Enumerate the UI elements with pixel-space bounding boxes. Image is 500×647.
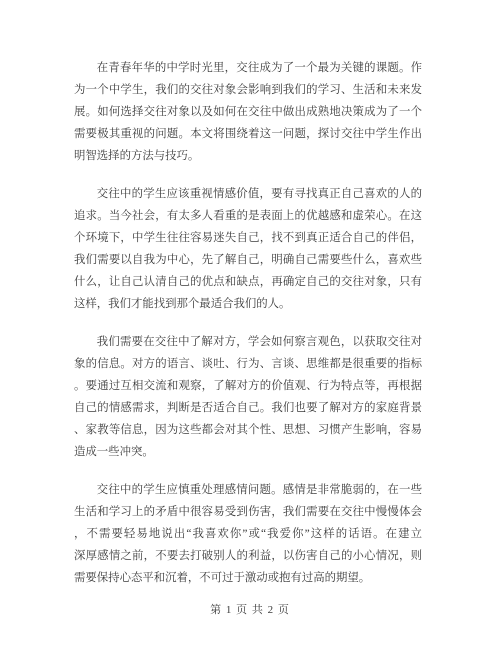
text-line: 我们需要在交往中了解对方，学会如何察言观色，以获取交往对: [74, 331, 422, 353]
text-line: 自己的情感需求，判断是否适合自己。我们也要了解对方的家庭背景: [74, 397, 422, 419]
text-line: 什么，让自己认清自己的优点和缺点，再确定自己的交往对象，只有: [74, 271, 422, 293]
page-number-text: 第 1 页 共 2 页: [210, 604, 290, 616]
text-line: ，不需要轻易地说出“我喜欢你”或“我爱你”这样的话语。在建立: [74, 523, 422, 545]
text-line: 追求。当今社会，有太多人看重的是表面上的优越感和虚荣心。在这: [74, 205, 422, 227]
paragraph: 交往中的学生应慎重处理感情问题。感情是非常脆弱的，在一些生活和学习上的矛盾中很容…: [74, 479, 422, 589]
text-line: 明智选择的方法与技巧。: [74, 145, 422, 167]
paragraph: 我们需要在交往中了解对方，学会如何察言观色，以获取交往对象的信息。对方的语言、谈…: [74, 331, 422, 463]
text-line: 深厚感情之前，不要去打破别人的利益，以伤害自己的小心情况，则: [74, 545, 422, 567]
text-line: 生活和学习上的矛盾中很容易受到伤害，我们需要在交往中慢慢体会: [74, 501, 422, 523]
text-line: 这样，我们才能找到那个最适合我们的人。: [74, 293, 422, 315]
text-line: 交往中的学生应慎重处理感情问题。感情是非常脆弱的，在一些: [74, 479, 422, 501]
text-line: 需要保持心态平和沉着，不可过于激动或抱有过高的期望。: [74, 567, 422, 589]
text-line: 象的信息。对方的语言、谈吐、行为、言谈、思维都是很重要的指标: [74, 353, 422, 375]
text-line: 需要极其重视的问题。本文将围绕着这一问题，探讨交往中学生作出: [74, 123, 422, 145]
text-line: 为一个中学生，我们的交往对象会影响到我们的学习、生活和未来发: [74, 79, 422, 101]
text-line: 展。如何选择交往对象以及如何在交往中做出成熟地决策成为了一个: [74, 101, 422, 123]
page-number-footer: 第 1 页 共 2 页: [0, 599, 500, 621]
text-line: 造成一些冲突。: [74, 441, 422, 463]
document-page: 在青春年华的中学时光里，交往成为了一个最为关键的课题。作为一个中学生，我们的交往…: [0, 0, 500, 647]
text-line: 我们需要以自我为中心，先了解自己，明确自己需要些什么，喜欢些: [74, 249, 422, 271]
document-body: 在青春年华的中学时光里，交往成为了一个最为关键的课题。作为一个中学生，我们的交往…: [74, 57, 422, 589]
paragraph: 在青春年华的中学时光里，交往成为了一个最为关键的课题。作为一个中学生，我们的交往…: [74, 57, 422, 167]
text-line: 在青春年华的中学时光里，交往成为了一个最为关键的课题。作: [74, 57, 422, 79]
text-line: 。要通过互相交流和观察，了解对方的价值观、行为特点等，再根据: [74, 375, 422, 397]
text-line: 个环境下，中学生往往容易迷失自己，找不到真正适合自己的伴侣，: [74, 227, 422, 249]
paragraph: 交往中的学生应该重视情感价值，要有寻找真正自己喜欢的人的追求。当今社会，有太多人…: [74, 183, 422, 315]
text-line: 交往中的学生应该重视情感价值，要有寻找真正自己喜欢的人的: [74, 183, 422, 205]
text-line: 、家教等信息，因为这些都会对其个性、思想、习惯产生影响，容易: [74, 419, 422, 441]
